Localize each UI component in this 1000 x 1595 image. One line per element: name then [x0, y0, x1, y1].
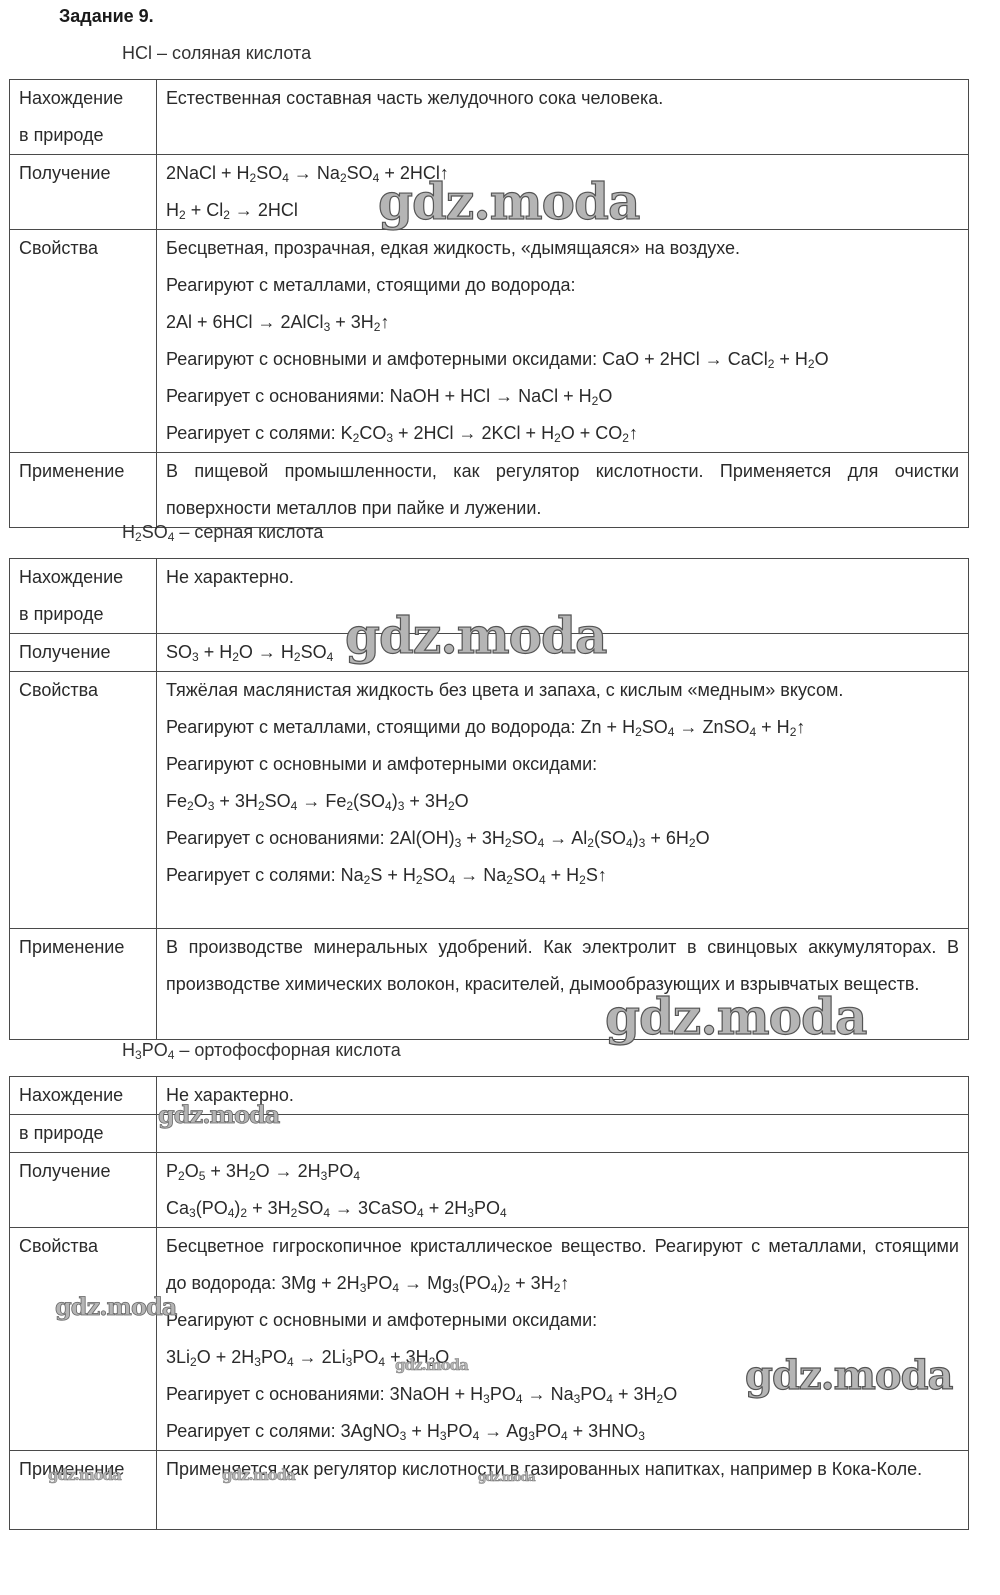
row-label: Нахождениев природе — [10, 80, 157, 155]
row-label: Применение — [10, 929, 157, 1040]
table-row: Нахождениев природе Естественная составн… — [10, 80, 969, 155]
row-label: Свойства — [10, 1228, 157, 1451]
row-content: P2O5 + 3H2O → 2H3PO4Ca3(PO4)2 + 3H2SO4 →… — [157, 1153, 969, 1228]
row-label: Нахождение — [10, 1077, 157, 1115]
task-title: Задание 9. — [59, 6, 154, 27]
table-row: Свойства Бесцветное гигроскопичное крист… — [10, 1228, 969, 1451]
table-row: Свойства Тяжёлая маслянистая жидкость бе… — [10, 672, 969, 929]
table-row: Нахождениев природе Не характерно. — [10, 559, 969, 634]
row-content: Применяется как регулятор кислотности в … — [157, 1451, 969, 1530]
row-content: В пищевой промышленности, как регулятор … — [157, 453, 969, 528]
table-row: Применение В пищевой промышленности, как… — [10, 453, 969, 528]
row-content: В производстве минеральных удобрений. Ка… — [157, 929, 969, 1040]
table-row: Применение В производстве минеральных уд… — [10, 929, 969, 1040]
table-row: Получение SO3 + H2O → H2SO4 — [10, 634, 969, 672]
table-row: в природе — [10, 1115, 969, 1153]
table-row: Свойства Бесцветная, прозрачная, едкая ж… — [10, 230, 969, 453]
row-content: 2NaCl + H2SO4 → Na2SO4 + 2HCl↑H2 + Cl2 →… — [157, 155, 969, 230]
row-content: Не характерно. — [157, 559, 969, 634]
row-label: Получение — [10, 155, 157, 230]
properties-table-hcl: Нахождениев природе Естественная составн… — [9, 79, 969, 528]
table-row: Применение Применяется как регулятор кис… — [10, 1451, 969, 1530]
properties-table-h2so4: Нахождениев природе Не характерно. Получ… — [9, 558, 969, 1040]
row-content: Бесцветное гигроскопичное кристаллическо… — [157, 1228, 969, 1451]
row-label: Применение — [10, 1451, 157, 1530]
row-label: Применение — [10, 453, 157, 528]
row-label: Получение — [10, 1153, 157, 1228]
row-label: Свойства — [10, 230, 157, 453]
acid-title-h3po4: H3PO4 – ортофосфорная кислота — [122, 1040, 401, 1061]
row-content: Тяжёлая маслянистая жидкость без цвета и… — [157, 672, 969, 929]
table-row: Нахождение Не характерно. — [10, 1077, 969, 1115]
row-content — [157, 1115, 969, 1153]
properties-table-h3po4: Нахождение Не характерно. в природе Полу… — [9, 1076, 969, 1530]
row-content: Бесцветная, прозрачная, едкая жидкость, … — [157, 230, 969, 453]
acid-title-hcl: HCl – соляная кислота — [122, 43, 311, 64]
table-row: Получение 2NaCl + H2SO4 → Na2SO4 + 2HCl↑… — [10, 155, 969, 230]
row-label: Получение — [10, 634, 157, 672]
row-label: в природе — [10, 1115, 157, 1153]
row-label: Нахождениев природе — [10, 559, 157, 634]
row-content: Не характерно. — [157, 1077, 969, 1115]
row-label: Свойства — [10, 672, 157, 929]
acid-title-h2so4: H2SO4 – серная кислота — [122, 522, 323, 543]
row-content: SO3 + H2O → H2SO4 — [157, 634, 969, 672]
table-row: Получение P2O5 + 3H2O → 2H3PO4Ca3(PO4)2 … — [10, 1153, 969, 1228]
row-content: Естественная составная часть желудочного… — [157, 80, 969, 155]
